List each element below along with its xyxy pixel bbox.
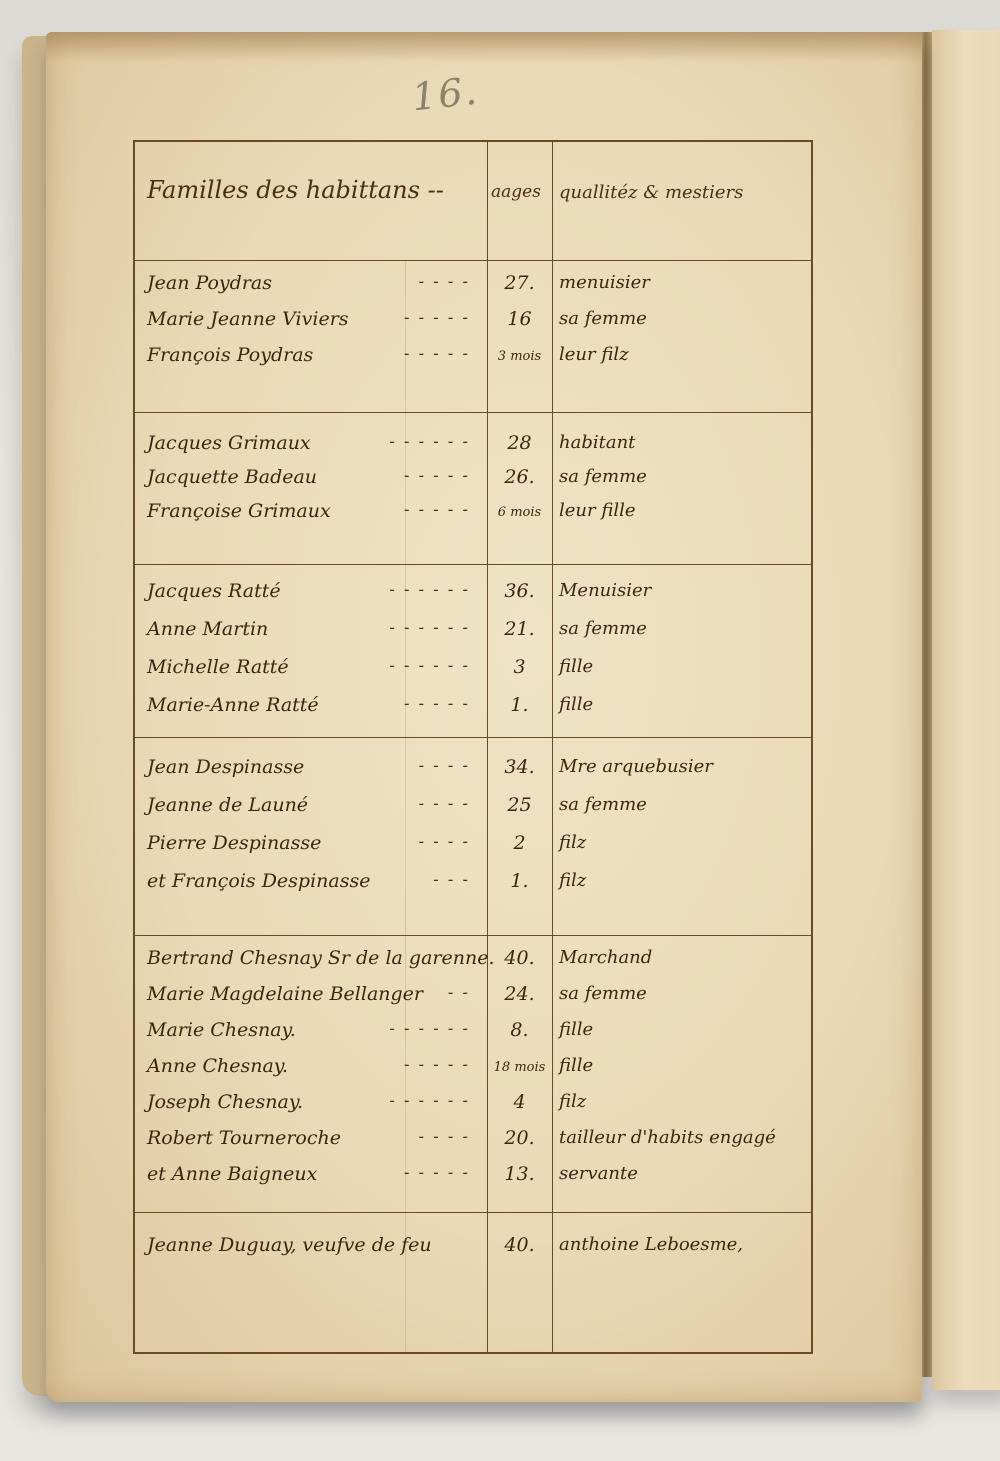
member-quality: sa femme <box>559 983 647 1004</box>
family-separator <box>133 737 813 738</box>
member-age: 36. <box>487 580 552 602</box>
leader-dots: ---- <box>416 832 475 851</box>
table-row: Marie Jeanne Viviers ----- 16 sa femme <box>135 308 811 344</box>
table-row: Jacquette Badeau ----- 26. sa femme <box>135 466 811 502</box>
table-row: et François Despinasse --- 1. filz <box>135 870 811 906</box>
member-quality: filz <box>559 832 586 853</box>
header-ages: aages <box>491 182 541 202</box>
member-quality: habitant <box>559 432 635 453</box>
member-name: Marie Magdelaine Bellanger <box>147 983 423 1005</box>
member-quality: menuisier <box>559 272 650 293</box>
member-name: Anne Martin <box>147 618 268 640</box>
member-quality: leur filz <box>559 344 629 365</box>
member-age: 2 <box>487 832 552 854</box>
leader-dots: ------ <box>387 580 475 599</box>
member-quality: sa femme <box>559 794 647 815</box>
leader-dots: ---- <box>416 1127 475 1146</box>
member-quality: fille <box>559 1055 593 1076</box>
header-quality: quallitéz & mestiers <box>559 182 743 203</box>
family-separator <box>133 564 813 565</box>
table-row: Jean Poydras ---- 27. menuisier <box>135 272 811 308</box>
table-header: Familles des habittans -- aages quallité… <box>135 142 811 260</box>
table-row: Joseph Chesnay. ------ 4 filz <box>135 1091 811 1127</box>
leader-dots: -- <box>446 983 475 1002</box>
member-quality: fille <box>559 656 593 677</box>
family-separator <box>133 412 813 413</box>
member-name: Jeanne Duguay, veufve de feu <box>147 1234 432 1256</box>
member-quality: sa femme <box>559 466 647 487</box>
member-age: 4 <box>487 1091 552 1113</box>
member-name: Jacques Ratté <box>147 580 281 602</box>
leader-dots: ------ <box>387 1091 475 1110</box>
member-age: 34. <box>487 756 552 778</box>
member-name: Marie Chesnay. <box>147 1019 296 1041</box>
member-name: Marie-Anne Ratté <box>147 694 319 716</box>
member-age: 26. <box>487 466 552 488</box>
member-quality: leur fille <box>559 500 636 521</box>
member-age: 27. <box>487 272 552 294</box>
member-name: François Poydras <box>147 344 313 366</box>
table-row: Michelle Ratté ------ 3 fille <box>135 656 811 692</box>
leader-dots: --- <box>431 870 475 889</box>
member-quality: filz <box>559 1091 586 1112</box>
member-name: Jacquette Badeau <box>147 466 317 488</box>
member-age: 21. <box>487 618 552 640</box>
member-quality: Marchand <box>559 947 652 968</box>
member-age: 3 <box>487 656 552 678</box>
table-row: Jeanne de Launé ---- 25 sa femme <box>135 794 811 830</box>
table-row: Anne Martin ------ 21. sa femme <box>135 618 811 654</box>
table-row: Jean Despinasse ---- 34. Mre arquebusier <box>135 756 811 792</box>
leader-dots: ----- <box>402 500 475 519</box>
table-row: Marie-Anne Ratté ----- 1. fille <box>135 694 811 730</box>
member-quality: anthoine Leboesme, <box>559 1234 743 1255</box>
table-row: Jeanne Duguay, veufve de feu 40. anthoin… <box>135 1234 811 1270</box>
member-quality: Menuisier <box>559 580 651 601</box>
member-name: Robert Tourneroche <box>147 1127 341 1149</box>
leader-dots: ---- <box>416 756 475 775</box>
member-quality: servante <box>559 1163 638 1184</box>
member-name: Jeanne de Launé <box>147 794 308 816</box>
member-quality: sa femme <box>559 308 647 329</box>
leader-dots: ------ <box>387 618 475 637</box>
family-separator <box>133 1212 813 1213</box>
member-age: 25 <box>487 794 552 816</box>
table-row: Françoise Grimaux ----- 6 mois leur fill… <box>135 500 811 536</box>
member-age: 13. <box>487 1163 552 1185</box>
table-row: Marie Magdelaine Bellanger -- 24. sa fem… <box>135 983 811 1019</box>
leader-dots: ------ <box>387 1019 475 1038</box>
member-name: Françoise Grimaux <box>147 500 331 522</box>
member-name: Jacques Grimaux <box>147 432 311 454</box>
member-name: Marie Jeanne Viviers <box>147 308 349 330</box>
table-row: et Anne Baigneux ----- 13. servante <box>135 1163 811 1199</box>
table-row: Robert Tourneroche ---- 20. tailleur d'h… <box>135 1127 811 1163</box>
table-row: Anne Chesnay. ----- 18 mois fille <box>135 1055 811 1091</box>
header-families: Familles des habittans -- <box>147 176 444 204</box>
facing-page-edge <box>932 30 1000 1390</box>
member-quality: sa femme <box>559 618 647 639</box>
leader-dots: ------ <box>387 656 475 675</box>
leader-dots: ---- <box>416 272 475 291</box>
leader-dots: ------ <box>387 432 475 451</box>
member-age: 24. <box>487 983 552 1005</box>
member-quality: fille <box>559 694 593 715</box>
member-name: Joseph Chesnay. <box>147 1091 303 1113</box>
member-quality: tailleur d'habits engagé <box>559 1127 776 1148</box>
member-name: Michelle Ratté <box>147 656 289 678</box>
member-name: Anne Chesnay. <box>147 1055 288 1077</box>
page-number: 16. <box>410 69 481 120</box>
page-wear <box>46 32 922 62</box>
member-name: et François Despinasse <box>147 870 370 892</box>
leader-dots: ----- <box>402 1055 475 1074</box>
table-row: Jacques Grimaux ------ 28 habitant <box>135 432 811 468</box>
member-quality: Mre arquebusier <box>559 756 713 777</box>
member-quality: filz <box>559 870 586 891</box>
member-name: et Anne Baigneux <box>147 1163 317 1185</box>
table-row: Pierre Despinasse ---- 2 filz <box>135 832 811 868</box>
leader-dots: ----- <box>402 1163 475 1182</box>
leader-dots: ----- <box>402 308 475 327</box>
member-age: 6 mois <box>487 505 552 520</box>
member-name: Bertrand Chesnay Sr de la garenne. <box>147 947 494 969</box>
family-separator <box>133 935 813 936</box>
member-age: 40. <box>487 1234 552 1256</box>
member-name: Pierre Despinasse <box>147 832 321 854</box>
member-age: 18 mois <box>487 1060 552 1075</box>
row-separator <box>133 260 813 261</box>
leader-dots: ----- <box>402 344 475 363</box>
member-age: 1. <box>487 870 552 892</box>
member-name: Jean Despinasse <box>147 756 304 778</box>
table-row: Jacques Ratté ------ 36. Menuisier <box>135 580 811 616</box>
member-age: 3 mois <box>487 349 552 364</box>
table-row: François Poydras ----- 3 mois leur filz <box>135 344 811 380</box>
census-table: Familles des habittans -- aages quallité… <box>133 140 813 1354</box>
member-quality: fille <box>559 1019 593 1040</box>
table-row: Marie Chesnay. ------ 8. fille <box>135 1019 811 1055</box>
leader-dots: ----- <box>402 694 475 713</box>
member-name: Jean Poydras <box>147 272 272 294</box>
leader-dots: ---- <box>416 794 475 813</box>
member-age: 8. <box>487 1019 552 1041</box>
member-age: 1. <box>487 694 552 716</box>
member-age: 28 <box>487 432 552 454</box>
member-age: 16 <box>487 308 552 330</box>
member-age: 20. <box>487 1127 552 1149</box>
member-age: 40. <box>487 947 552 969</box>
table-row: Bertrand Chesnay Sr de la garenne. 40. M… <box>135 947 811 983</box>
leader-dots: ----- <box>402 466 475 485</box>
